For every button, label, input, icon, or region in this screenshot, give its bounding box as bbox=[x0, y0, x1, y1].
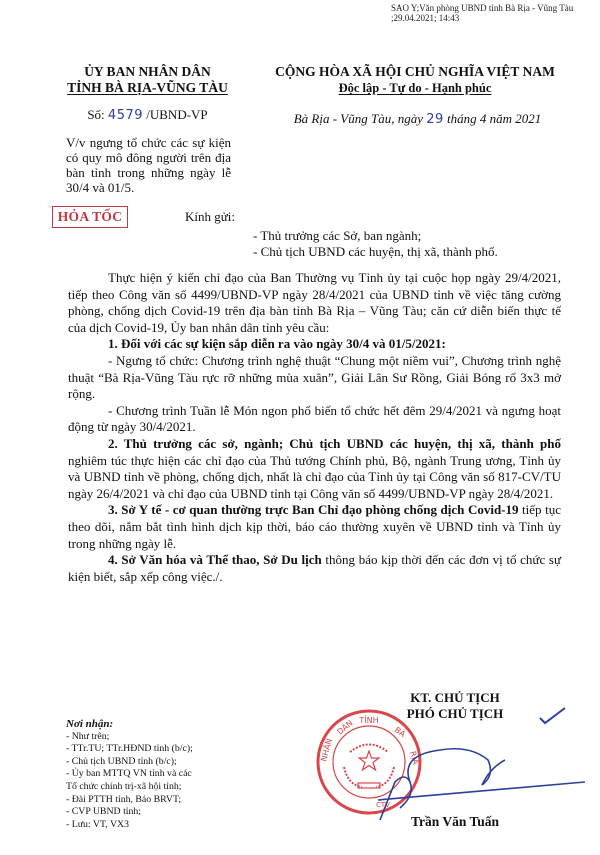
distribution-item: - TTr.TU; TTr.HĐND tỉnh (b/c); bbox=[66, 743, 193, 756]
item1-bullet: - Ngưng tổ chức: Chương trình nghệ thuật… bbox=[68, 353, 561, 403]
item1-bullet: - Chương trình Tuần lễ Món ngon phố biển… bbox=[68, 403, 561, 436]
distribution-item: - Đài PTTH tỉnh, Báo BRVT; bbox=[66, 794, 193, 807]
document-number: Số: 4579 /UBND-VP bbox=[45, 107, 250, 123]
national-header: CỘNG HÒA XÃ HỘI CHỦ NGHĨA VIỆT NAM Độc l… bbox=[255, 64, 575, 96]
recipient-item: - Chủ tịch UBND các huyện, thị xã, thành… bbox=[253, 244, 498, 260]
item2-paragraph: 2. Thủ trưởng các sở, ngành; Chủ tịch UB… bbox=[68, 436, 561, 502]
distribution-item: - Ủy ban MTTQ VN tỉnh và các bbox=[66, 768, 193, 781]
nation-title: CỘNG HÒA XÃ HỘI CHỦ NGHĨA VIỆT NAM bbox=[255, 64, 575, 80]
document-date: Bà Rịa - Vũng Tàu, ngày 29 tháng 4 năm 2… bbox=[255, 111, 580, 127]
date-suffix: tháng 4 năm 2021 bbox=[447, 111, 541, 126]
item4-bold: 4. Sở Văn hóa và Thể thao, Sở Du lịch bbox=[108, 552, 322, 567]
intro-paragraph: Thực hiện ý kiến chỉ đạo của Ban Thường … bbox=[68, 270, 561, 336]
greeting: Kính gửi: bbox=[185, 209, 235, 225]
national-motto: Độc lập - Tự do - Hạnh phúc bbox=[255, 80, 575, 96]
copy-note-line1: SAO Y;Văn phòng UBND tỉnh Bà Rịa - Vũng … bbox=[391, 3, 596, 13]
handwritten-signature-icon bbox=[370, 690, 585, 820]
distribution-title: Nơi nhận: bbox=[66, 718, 193, 731]
item3-paragraph: 3. Sở Y tế - cơ quan thường trực Ban Chỉ… bbox=[68, 502, 561, 552]
distribution-item: - Chủ tịch UBND tỉnh (b/c); bbox=[66, 756, 193, 769]
item4-paragraph: 4. Sở Văn hóa và Thể thao, Sở Du lịch th… bbox=[68, 552, 561, 585]
item3-bold: 3. Sở Y tế - cơ quan thường trực Ban Chỉ… bbox=[108, 502, 519, 517]
handwritten-number: 4579 bbox=[108, 108, 143, 123]
copy-note-line2: ;29.04.2021; 14:43 bbox=[391, 13, 596, 23]
number-suffix: /UBND-VP bbox=[146, 107, 207, 122]
urgent-stamp: HỎA TỐC bbox=[52, 206, 128, 228]
item2-bold: 2. Thủ trưởng các sở, ngành; Chủ tịch UB… bbox=[108, 436, 561, 451]
handwritten-day: 29 bbox=[426, 112, 444, 127]
distribution-item: - CVP UBND tỉnh; bbox=[66, 806, 193, 819]
distribution-item: Tổ chức chính trị-xã hội tỉnh; bbox=[66, 781, 193, 794]
document-body: Thực hiện ý kiến chỉ đạo của Ban Thường … bbox=[68, 270, 561, 585]
document-subject: V/v ngưng tổ chức các sự kiện có quy mô … bbox=[66, 135, 231, 195]
copy-certification-note: SAO Y;Văn phòng UBND tỉnh Bà Rịa - Vũng … bbox=[391, 3, 596, 23]
number-prefix: Số: bbox=[87, 107, 104, 122]
distribution-item: - Như trên; bbox=[66, 731, 193, 744]
recipient-item: - Thủ trưởng các Sở, ban ngành; bbox=[253, 228, 498, 244]
signer-name: Trần Văn Tuấn bbox=[355, 814, 555, 830]
item2-text: nghiêm túc thực hiện các chỉ đạo của Thủ… bbox=[68, 453, 561, 501]
recipient-list: - Thủ trưởng các Sở, ban ngành; - Chủ tị… bbox=[253, 228, 498, 259]
distribution-item: - Lưu: VT, VX3 bbox=[66, 819, 193, 832]
item1-heading: 1. Đối với các sự kiện sắp diễn ra vào n… bbox=[68, 336, 561, 353]
svg-text:DÂN: DÂN bbox=[334, 717, 354, 737]
authority-line2: TỈNH BÀ RỊA-VŨNG TÀU bbox=[45, 80, 250, 96]
issuing-authority: ỦY BAN NHÂN DÂN TỈNH BÀ RỊA-VŨNG TÀU bbox=[45, 64, 250, 96]
distribution-list: Nơi nhận: - Như trên; - TTr.TU; TTr.HĐND… bbox=[66, 718, 193, 831]
authority-line1: ỦY BAN NHÂN DÂN bbox=[45, 64, 250, 80]
date-prefix: Bà Rịa - Vũng Tàu, ngày bbox=[294, 111, 423, 126]
